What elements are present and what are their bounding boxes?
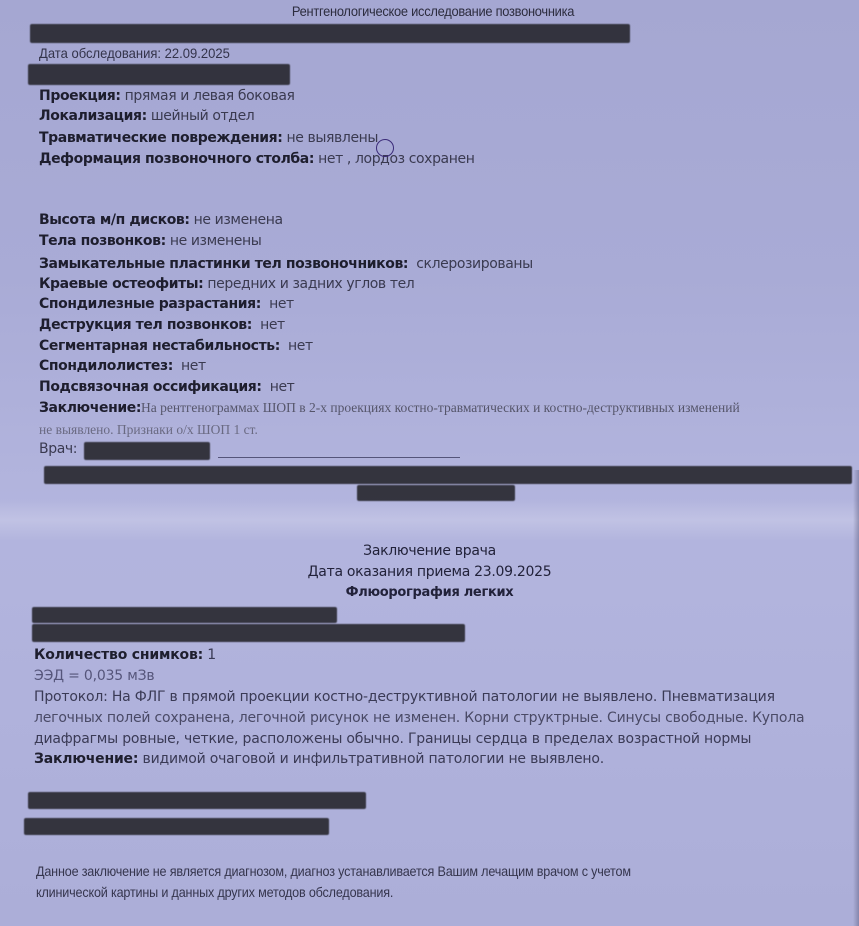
paper-edge	[853, 470, 859, 926]
signature-line	[218, 457, 460, 458]
flg-conclusion: Заключение: видимой очаговой и инфильтра…	[34, 751, 604, 767]
finding-disc-height: Высота м/п дисков: не изменена	[39, 212, 283, 228]
field-localization: Локализация: шейный отдел	[39, 108, 254, 124]
xray-conclusion-line2: не выявлено. Признаки о/х ШОП 1 ст.	[39, 422, 258, 438]
redacted-patient-name	[32, 607, 337, 623]
redacted-clinic-info-2	[357, 485, 515, 501]
finding-destruction: Деструкция тел позвонков: нет	[39, 317, 285, 333]
exam-name: Флюорография легких	[0, 585, 859, 600]
redacted-patient-info	[30, 24, 630, 43]
paper-crease	[0, 500, 859, 540]
finding-spondylosis: Спондилезные разрастания: нет	[39, 296, 294, 312]
protocol-line-2: легочных полей сохранена, легочной рисун…	[34, 710, 804, 726]
radiation-dose: ЭЭД = 0,035 мЗв	[34, 668, 154, 684]
field-projection: Проекция: прямая и левая боковая	[39, 88, 295, 104]
finding-endplates: Замыкательные пластинки тел позвоночнико…	[39, 256, 533, 272]
xray-conclusion: Заключение:На рентгенограммах ШОП в 2-х …	[39, 400, 740, 416]
redacted-protocol-number	[28, 64, 290, 85]
finding-ossification: Подсвязочная оссификация: нет	[39, 379, 294, 395]
finding-osteophytes: Краевые остеофиты: передних и задних угл…	[39, 276, 414, 292]
field-deformation: Деформация позвоночного столба: нет , ло…	[39, 151, 474, 167]
finding-spondylolisthesis: Спондилолистез: нет	[39, 358, 206, 374]
images-count: Количество снимков: 1	[34, 647, 216, 663]
protocol-line-1: Протокол: На ФЛГ в прямой проекции костн…	[34, 689, 775, 705]
finding-vertebral-bodies: Тела позвонков: не изменены	[39, 233, 261, 249]
visit-date: Дата оказания приема 23.09.2025	[0, 564, 859, 580]
cursor-marker-icon	[376, 139, 394, 157]
footer-disclaimer-line-1: Данное заключение не является диагнозом,…	[36, 863, 631, 879]
doctor-conclusion-title: Заключение врача	[0, 543, 859, 559]
xray-report-title: Рентгенологическое исследование позвоноч…	[35, 3, 832, 19]
finding-instability: Сегментарная нестабильность: нет	[39, 338, 313, 354]
doctor-label: Врач:	[39, 441, 77, 457]
footer-disclaimer-line-2: клинической картины и данных других мето…	[36, 884, 393, 900]
exam-date-value: 22.09.2025	[165, 45, 230, 61]
protocol-line-3: диафрагмы ровные, четкие, расположены об…	[34, 731, 751, 747]
redacted-doctor-name	[84, 442, 210, 460]
field-trauma: Травматические повреждения: не выявлены	[39, 130, 378, 146]
exam-date-label: Дата обследования:	[39, 45, 161, 61]
exam-date: Дата обследования: 22.09.2025	[39, 45, 230, 61]
redacted-signature-2	[24, 818, 329, 835]
redacted-signature-1	[28, 792, 366, 809]
redacted-patient-dob	[32, 624, 465, 642]
redacted-clinic-info	[44, 466, 852, 484]
